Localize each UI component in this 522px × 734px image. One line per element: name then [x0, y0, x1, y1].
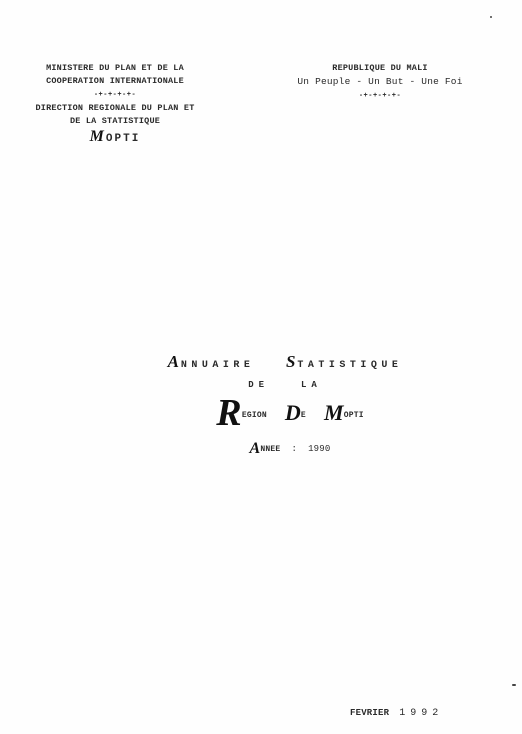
- year-line: ANNEE : 1990: [180, 440, 400, 459]
- city-rest: OPTI: [106, 133, 140, 145]
- year-value: 1990: [308, 444, 330, 454]
- city-initial: M: [90, 128, 106, 146]
- publication-year: 1992: [399, 708, 443, 719]
- scan-speck: [490, 16, 492, 18]
- direction-line-1: DIRECTION REGIONALE DU PLAN ET: [20, 102, 210, 115]
- publication-date: FEVRIER1992: [350, 706, 443, 721]
- title-connector: DELA: [140, 378, 430, 392]
- title-word2-rest: TATISTIQUE: [297, 360, 402, 371]
- document-title: ANNUAIRE STATISTIQUE: [140, 352, 430, 376]
- place-rest: OPTI: [344, 411, 364, 420]
- ministry-line-2: COOPERATION INTERNATIONALE: [20, 75, 210, 88]
- publication-month: FEVRIER: [350, 708, 389, 718]
- region-initial: R: [216, 396, 242, 430]
- republic-header: REPUBLIQUE DU MALI Un Peuple - Un But - …: [290, 62, 470, 103]
- title-word1-initial: A: [168, 352, 179, 372]
- right-separator: -+-+-+-+-: [290, 89, 470, 103]
- left-separator: -+-+-+-+-: [20, 88, 210, 102]
- title-word1-rest: NNUAIRE: [181, 360, 255, 371]
- document-page: MINISTERE DU PLAN ET DE LA COOPERATION I…: [0, 0, 522, 734]
- region-title: REGIONDEMOPTI: [180, 396, 400, 432]
- de-rest: E: [301, 411, 306, 420]
- national-motto: Un Peuple - Un But - Une Foi: [290, 75, 470, 89]
- scan-speck: [512, 684, 516, 686]
- de-initial: D: [285, 396, 301, 430]
- city-name: MOPTI: [20, 128, 210, 148]
- place-initial: M: [324, 396, 344, 430]
- region-rest: EGION: [242, 411, 267, 420]
- direction-line-2: DE LA STATISTIQUE: [20, 115, 210, 128]
- connector-la: LA: [301, 380, 322, 390]
- title-word2-initial: S: [286, 352, 295, 372]
- ministry-header: MINISTERE DU PLAN ET DE LA COOPERATION I…: [20, 62, 210, 148]
- year-label-initial: A: [250, 440, 261, 458]
- year-separator: :: [291, 444, 297, 454]
- connector-de: DE: [248, 380, 269, 390]
- ministry-line-1: MINISTERE DU PLAN ET DE LA: [20, 62, 210, 75]
- country-name: REPUBLIQUE DU MALI: [290, 62, 470, 75]
- year-label-rest: NNEE: [260, 445, 280, 454]
